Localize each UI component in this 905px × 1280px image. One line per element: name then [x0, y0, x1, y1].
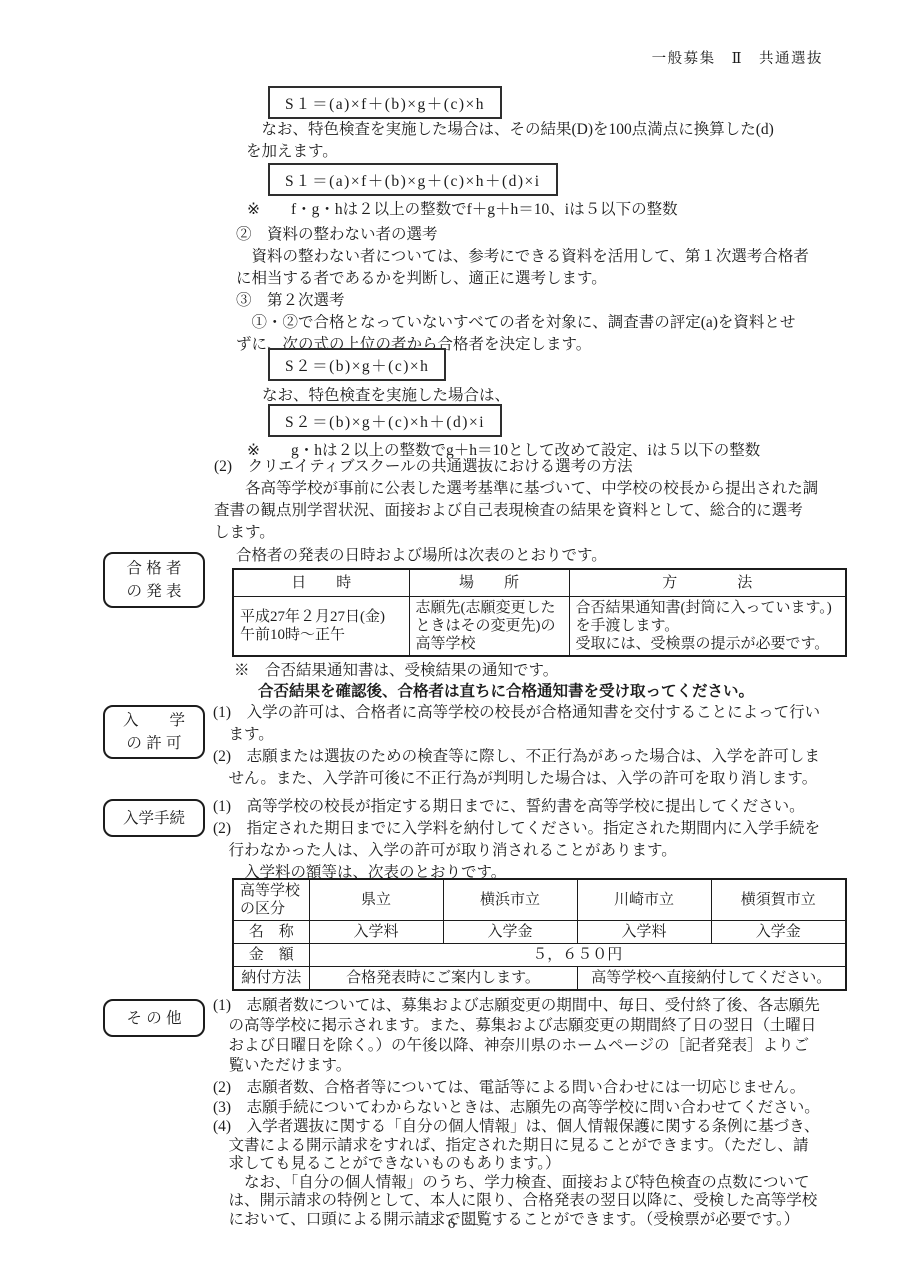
announcement-note: ※ 合否結果通知書は、受検結果の通知です。	[234, 658, 874, 680]
fee-name-1: 入学料	[309, 921, 443, 944]
fee-payment-left: 合格発表時にご案内します。	[309, 967, 577, 991]
announcement-note-bold: 合否結果を確認後、合格者は直ちに合格通知書を受け取ってください。	[258, 679, 898, 701]
creative-school-block: (2) クリエイティブスクールの共通選抜における選考の方法 各高等学校が事前に公…	[214, 456, 884, 544]
page-header: 一般募集 Ⅱ 共通選抜	[652, 47, 823, 68]
fee-table-payment-row: 納付方法 合格発表時にご案内します。 高等学校へ直接納付してください。	[233, 967, 846, 991]
fee-table: 高等学校 の区分 県立 横浜市立 川崎市立 横須賀市立 名 称 入学料 入学金 …	[232, 878, 847, 991]
announcement-intro: 合格者の発表の日時および場所は次表のとおりです。	[236, 545, 876, 567]
item-3-heading: ③ 第２次選考	[236, 290, 886, 312]
section-label-announcement: 合 格 者 の 発 表	[103, 552, 205, 608]
fee-payment-right: 高等学校へ直接納付してください。	[577, 967, 846, 991]
section-label-others: そ の 他	[103, 999, 205, 1037]
fee-category-kawasaki: 川崎市立	[577, 879, 711, 921]
item-2-body: 資料の整わない者については、参考にできる資料を活用して、第１次選考合格者 に相当…	[236, 246, 886, 290]
announcement-cell-datetime: 平成27年２月27日(金) 午前10時～正午	[233, 597, 409, 657]
announcement-table-header-row: 日 時 場 所 方 法	[233, 569, 846, 597]
page-number: ― 6 ―	[0, 1216, 905, 1233]
fee-category-header: 高等学校 の区分	[233, 879, 309, 921]
item-3-block: ③ 第２次選考 ①・②で合格となっていないすべての者を対象に、調査書の評定(a)…	[236, 290, 886, 356]
announcement-header-method: 方 法	[569, 569, 846, 597]
procedure-item-2: (2) 指定された期日までに入学料を納付してください。指定された期間内に入学手続…	[213, 818, 885, 884]
announcement-table: 日 時 場 所 方 法 平成27年２月27日(金) 午前10時～正午 志願先(志…	[232, 568, 847, 657]
formula-s1-extended: S１＝(a)×f＋(b)×g＋(c)×h＋(d)×i	[268, 163, 558, 196]
announcement-table-row: 平成27年２月27日(金) 午前10時～正午 志願先(志願変更した ときはその変…	[233, 597, 846, 657]
fee-name-label: 名 称	[233, 921, 309, 944]
formula-s2-basic: S２＝(b)×g＋(c)×h	[268, 348, 446, 381]
s1-condition-note: ※ f・g・hは２以上の整数でf＋g＋h＝10、iは５以下の整数	[247, 199, 897, 221]
item-2-block: ② 資料の整わない者の選考 資料の整わない者については、参考にできる資料を活用し…	[236, 224, 886, 290]
fee-payment-label: 納付方法	[233, 967, 309, 991]
fee-table-category-row: 高等学校 の区分 県立 横浜市立 川崎市立 横須賀市立	[233, 879, 846, 921]
creative-school-body: 各高等学校が事前に公表した選考基準に基づいて、中学校の校長から提出された調 査書…	[214, 478, 884, 544]
others-item-3: (3) 志願手続についてわからないときは、志願先の高等学校に問い合わせてください…	[213, 1098, 885, 1118]
fee-amount-value: ５，６５０円	[309, 944, 846, 967]
formula-s2-extended: S２＝(b)×g＋(c)×h＋(d)×i	[268, 404, 502, 437]
item-2-heading: ② 資料の整わない者の選考	[236, 224, 886, 246]
s1-tokushoku-note: なお、特色検査を実施した場合は、その結果(D)を100点満点に換算した(d) を…	[246, 119, 886, 163]
fee-amount-label: 金 額	[233, 944, 309, 967]
fee-name-4: 入学金	[711, 921, 846, 944]
creative-school-heading: (2) クリエイティブスクールの共通選抜における選考の方法	[214, 456, 884, 478]
section-label-procedure: 入学手続	[103, 799, 205, 837]
others-item-2: (2) 志願者数、合格者等については、電話等による問い合わせには一切応じません。	[213, 1078, 885, 1098]
announcement-cell-place: 志願先(志願変更した ときはその変更先)の 高等学校	[409, 597, 569, 657]
fee-name-3: 入学料	[577, 921, 711, 944]
others-item-1: (1) 志願者数については、募集および志願変更の期間中、毎日、受付終了後、各志願…	[213, 996, 885, 1076]
permission-item-1: (1) 入学の許可は、合格者に高等学校の校長が合格通知書を交付することによって行…	[213, 702, 885, 746]
fee-table-amount-row: 金 額 ５，６５０円	[233, 944, 846, 967]
announcement-header-datetime: 日 時	[233, 569, 409, 597]
announcement-cell-method: 合否結果通知書(封筒に入っています。) を手渡します。 受取には、受検票の提示が…	[569, 597, 846, 657]
announcement-header-place: 場 所	[409, 569, 569, 597]
fee-category-yokohama: 横浜市立	[443, 879, 577, 921]
section-label-permission: 入 学 の 許 可	[103, 705, 205, 759]
fee-name-2: 入学金	[443, 921, 577, 944]
fee-category-yokosuka: 横須賀市立	[711, 879, 846, 921]
formula-s1-basic: S１＝(a)×f＋(b)×g＋(c)×h	[268, 86, 502, 119]
procedure-item-1: (1) 高等学校の校長が指定する期日までに、誓約書を高等学校に提出してください。	[213, 796, 885, 818]
fee-table-name-row: 名 称 入学料 入学金 入学料 入学金	[233, 921, 846, 944]
fee-category-kenritsu: 県立	[309, 879, 443, 921]
others-item-4: (4) 入学者選抜に関する「自分の個人情報」は、個人情報保護に関する条例に基づき…	[213, 1118, 885, 1229]
permission-item-2: (2) 志願または選抜のための検査等に際し、不正行為があった場合は、入学を許可し…	[213, 746, 885, 790]
document-page: 一般募集 Ⅱ 共通選抜 S１＝(a)×f＋(b)×g＋(c)×h なお、特色検査…	[0, 0, 905, 1280]
